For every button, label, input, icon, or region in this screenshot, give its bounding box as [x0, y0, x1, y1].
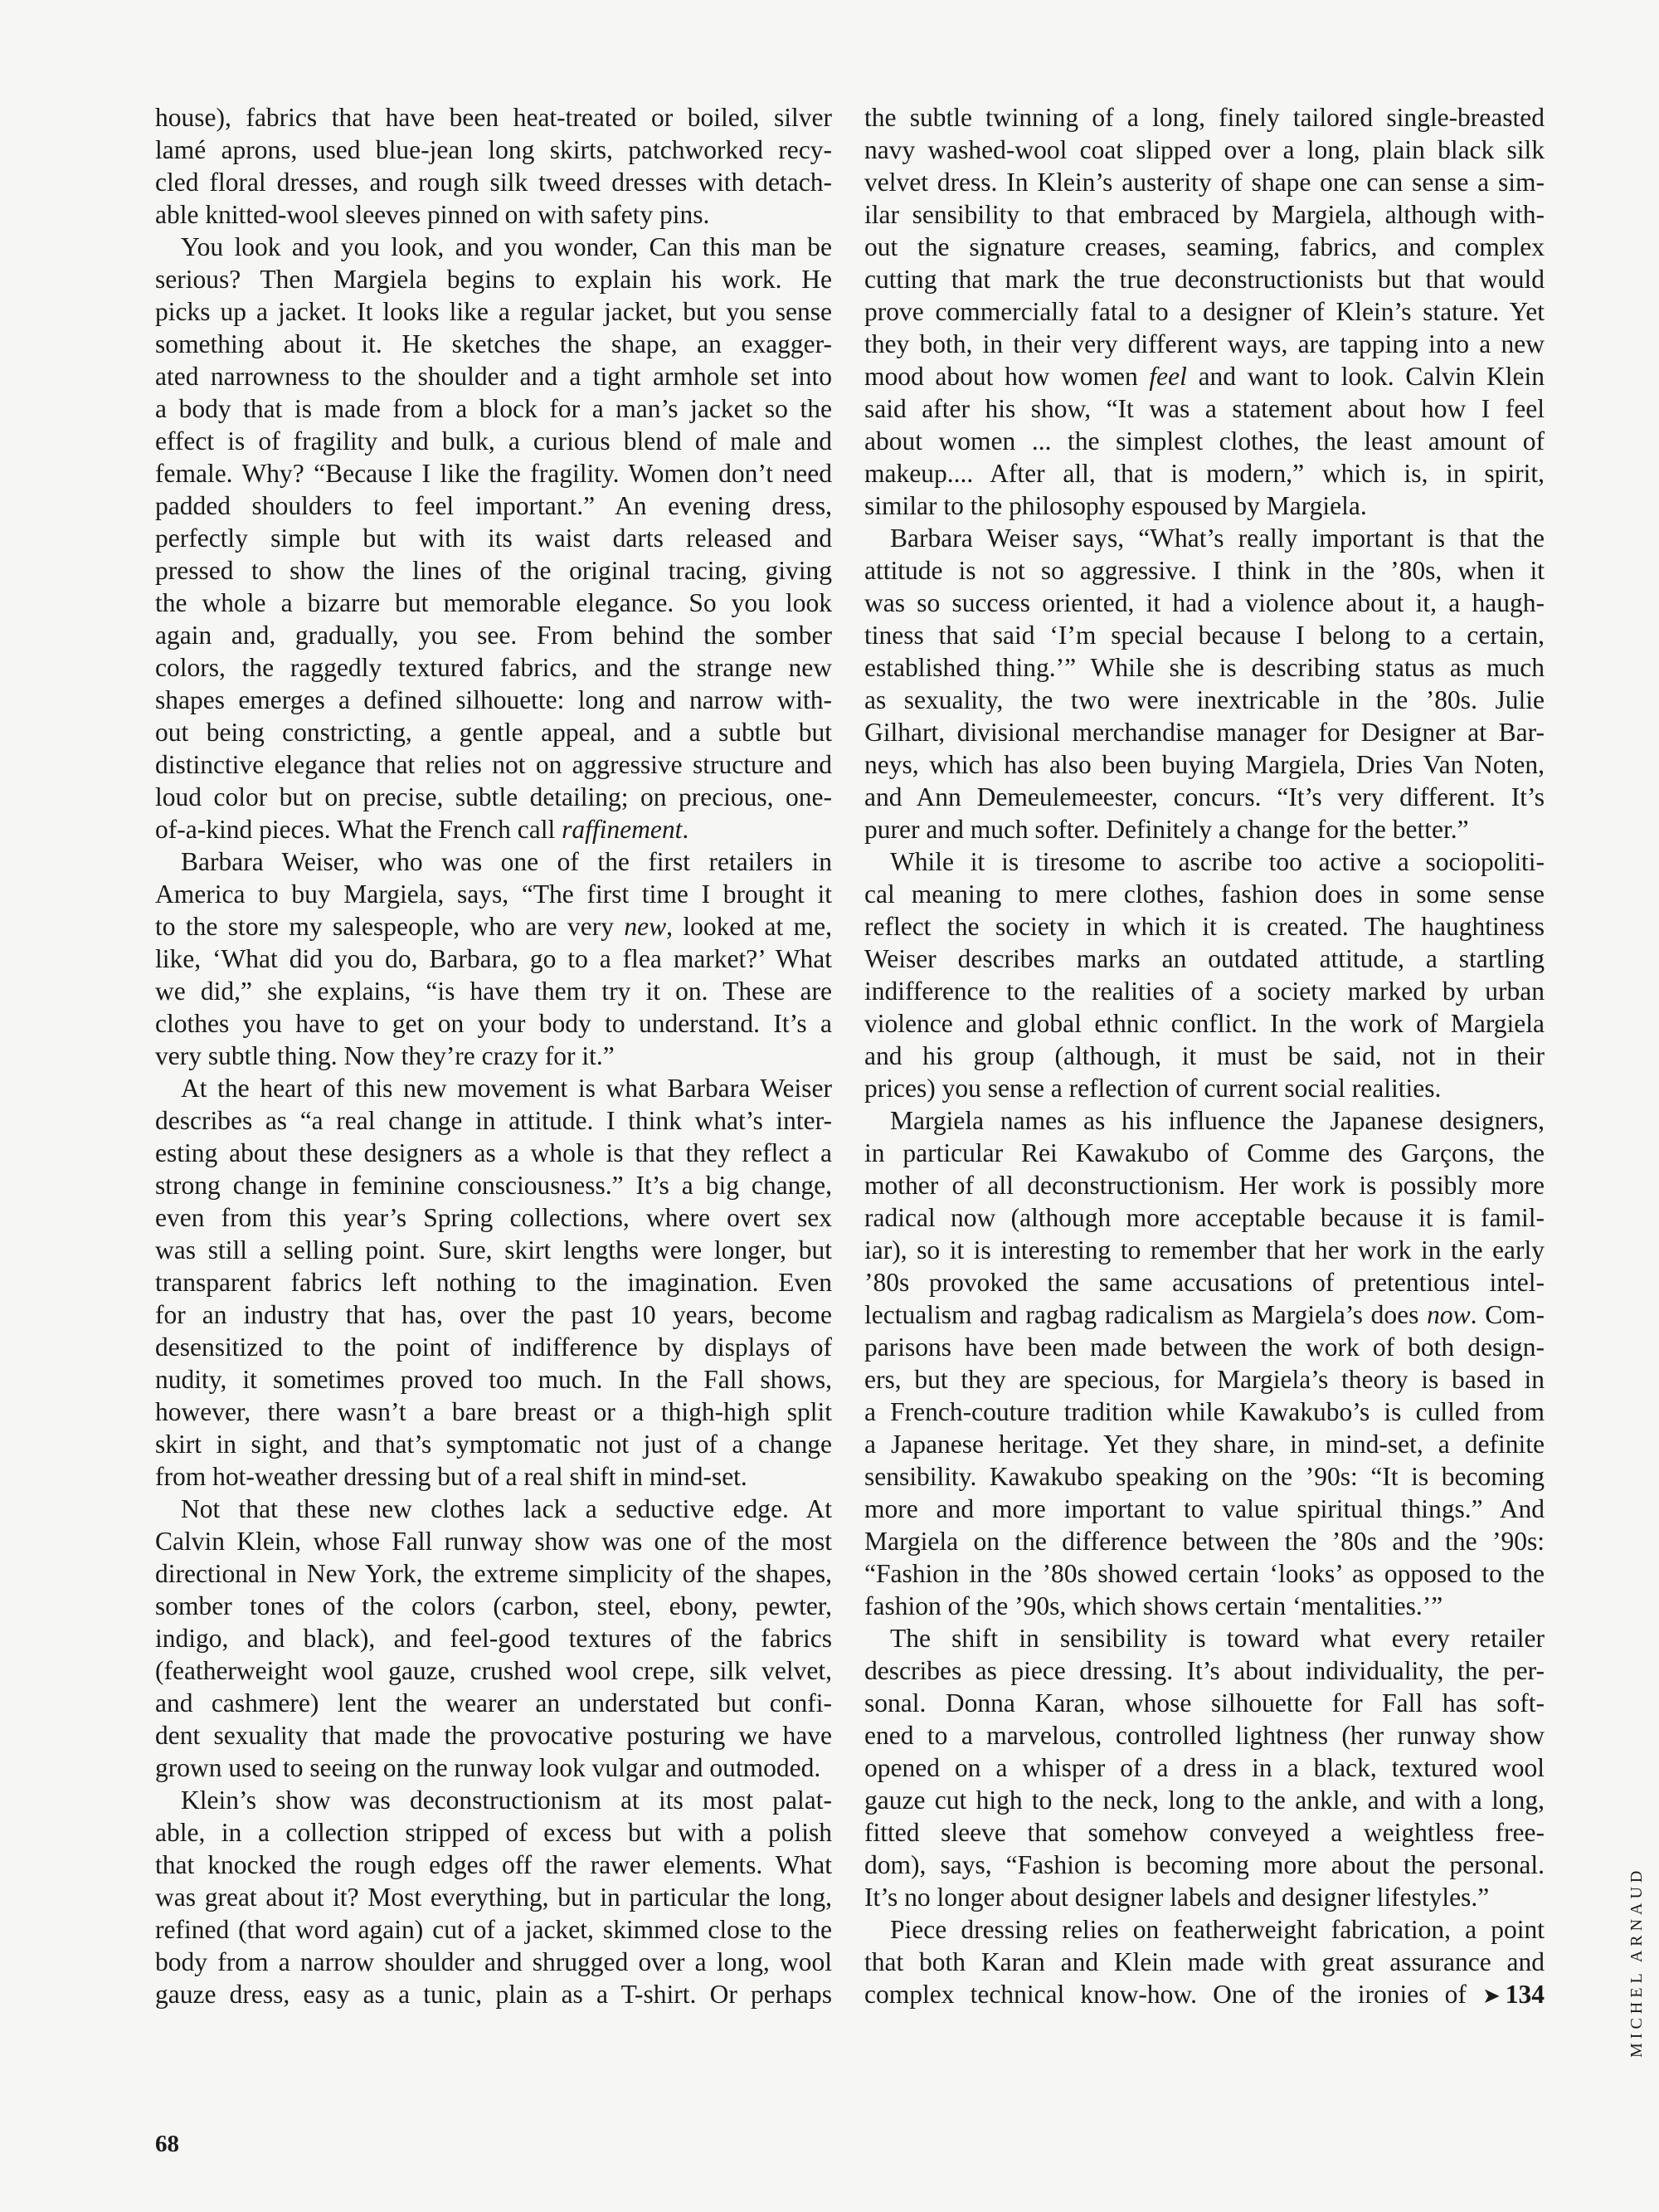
text-line: was still a selling point. Sure, skirt l…	[155, 1234, 832, 1266]
line-text: Margiela on the difference between the ’…	[864, 1527, 1545, 1556]
text-line: even from this year’s Spring collections…	[155, 1201, 832, 1234]
line-text: picks up a jacket. It looks like a regul…	[155, 297, 832, 326]
text-line: desensitized to the point of indifferenc…	[155, 1331, 832, 1363]
line-text: mood about how women	[864, 362, 1149, 391]
text-line: out the signature creases, seaming, fabr…	[864, 231, 1545, 263]
text-line: established thing.’” While she is descri…	[864, 651, 1545, 684]
line-text: (featherweight wool gauze, crushed wool …	[155, 1656, 832, 1685]
paragraph-first-line: Piece dressing relies on featherweight f…	[864, 1913, 1545, 1946]
text-line: the whole a bizarre but memorable elegan…	[155, 587, 832, 619]
line-text: directional in New York, the extreme sim…	[155, 1559, 832, 1588]
line-text: loud color but on precise, subtle detail…	[155, 782, 832, 811]
text-line: refined (that word again) cut of a jacke…	[155, 1913, 832, 1946]
line-text: shapes emerges a defined silhouette: lon…	[155, 685, 832, 714]
text-line: indigo, and black), and feel-good textur…	[155, 1622, 832, 1654]
text-line: iar), so it is interesting to remember t…	[864, 1234, 1545, 1266]
text-line: parisons have been made between the work…	[864, 1331, 1545, 1363]
paragraph-first-line: Barbara Weiser says, “What’s really impo…	[864, 522, 1545, 554]
line-text: a Japanese heritage. Yet they share, in …	[864, 1430, 1545, 1459]
line-text: like, ‘What did you do, Barbara, go to a…	[155, 944, 832, 973]
line-text: and his group (although, it must be said…	[864, 1041, 1545, 1070]
line-text: purer and much softer. Definitely a chan…	[864, 815, 1469, 844]
text-line: able, in a collection stripped of excess…	[155, 1816, 832, 1849]
line-text: fashion of the ’90s, which shows certain…	[864, 1591, 1443, 1620]
text-line: a French-couture tradition while Kawakub…	[864, 1396, 1545, 1428]
text-line: a Japanese heritage. Yet they share, in …	[864, 1428, 1545, 1460]
line-text: dom), says, “Fashion is becoming more ab…	[864, 1850, 1545, 1879]
line-text: Weiser describes marks an outdated attit…	[864, 944, 1545, 973]
text-line: something about it. He sketches the shap…	[155, 328, 832, 360]
line-text-tail: . Com-	[1471, 1300, 1545, 1329]
text-line: however, there wasn’t a bare breast or a…	[155, 1396, 832, 1428]
line-text: ers, but they are specious, for Margiela…	[864, 1365, 1545, 1394]
text-line: lectualism and ragbag radicalism as Marg…	[864, 1298, 1545, 1331]
text-line: and his group (although, it must be said…	[864, 1040, 1545, 1072]
line-text: that knocked the rough edges off the raw…	[155, 1850, 832, 1879]
paragraph-first-line: Barbara Weiser, who was one of the first…	[155, 845, 832, 878]
line-text: Margiela names as his influence the Japa…	[890, 1106, 1545, 1135]
line-text: as sexuality, the two were inextricable …	[864, 685, 1545, 714]
text-line: Calvin Klein, whose Fall runway show was…	[155, 1525, 832, 1557]
text-line: similar to the philosophy espoused by Ma…	[864, 490, 1545, 522]
line-text: desensitized to the point of indifferenc…	[155, 1333, 832, 1362]
line-text: opened on a whisper of a dress in a blac…	[864, 1753, 1545, 1782]
line-text: Gilhart, divisional merchandise manager …	[864, 718, 1545, 747]
line-text: we did,” she explains, “is have them try…	[155, 977, 832, 1006]
text-line: America to buy Margiela, says, “The firs…	[155, 878, 832, 910]
line-text: ’80s provoked the same accusations of pr…	[864, 1268, 1545, 1297]
text-line: padded shoulders to feel important.” An …	[155, 490, 832, 522]
line-text: and Ann Demeulemeester, concurs. “It’s v…	[864, 782, 1545, 811]
line-text: from hot-weather dressing but of a real …	[155, 1462, 747, 1491]
line-text: for an industry that has, over the past …	[155, 1300, 832, 1329]
line-text-tail: , looked at me,	[666, 912, 832, 941]
line-text: out being constricting, a gentle appeal,…	[155, 718, 832, 747]
line-text: describes as “a real change in attitude.…	[155, 1106, 832, 1135]
line-text: The shift in sensibility is toward what …	[890, 1624, 1545, 1653]
text-line: cutting that mark the true deconstructio…	[864, 263, 1545, 295]
line-text: pressed to show the lines of the origina…	[155, 556, 832, 585]
line-text: again and, gradually, you see. From behi…	[155, 621, 832, 650]
text-line: esting about these designers as a whole …	[155, 1137, 832, 1169]
line-text: esting about these designers as a whole …	[155, 1138, 832, 1167]
text-line: that knocked the rough edges off the raw…	[155, 1849, 832, 1881]
text-line: mother of all deconstructionism. Her wor…	[864, 1169, 1545, 1201]
line-text: house), fabrics that have been heat-trea…	[155, 103, 832, 132]
line-text: attitude is not so aggressive. I think i…	[864, 556, 1545, 585]
line-text: ened to a marvelous, controlled lightnes…	[864, 1721, 1545, 1750]
text-line: like, ‘What did you do, Barbara, go to a…	[155, 943, 832, 975]
line-text: even from this year’s Spring collections…	[155, 1203, 832, 1232]
text-line: more and more important to value spiritu…	[864, 1493, 1545, 1525]
text-line: (featherweight wool gauze, crushed wool …	[155, 1654, 832, 1687]
text-line: about women ... the simplest clothes, th…	[864, 425, 1545, 457]
line-text: tiness that said ‘I’m special because I …	[864, 621, 1545, 650]
line-text: perfectly simple but with its waist dart…	[155, 524, 832, 553]
line-text: America to buy Margiela, says, “The firs…	[155, 879, 832, 909]
text-line: distinctive elegance that relies not on …	[155, 748, 832, 781]
article-column-right: the subtle twinning of a long, finely ta…	[864, 101, 1545, 2010]
line-text: velvet dress. In Klein’s austerity of sh…	[864, 168, 1545, 197]
continuation-arrow-icon: ➤	[1482, 1984, 1501, 2008]
line-text: they both, in their very different ways,…	[864, 329, 1545, 358]
photo-credit: MICHEL ARNAUD	[1627, 1867, 1647, 2058]
paragraph-first-line: At the heart of this new movement is wha…	[155, 1072, 832, 1104]
text-line: female. Why? “Because I like the fragili…	[155, 457, 832, 490]
text-line: shapes emerges a defined silhouette: lon…	[155, 684, 832, 716]
line-text: cutting that mark the true deconstructio…	[864, 265, 1545, 294]
line-text: lectualism and ragbag radicalism as Marg…	[864, 1300, 1427, 1329]
line-text: was great about it? Most everything, but…	[155, 1883, 832, 1912]
line-text: indigo, and black), and feel-good textur…	[155, 1624, 832, 1653]
text-line: opened on a whisper of a dress in a blac…	[864, 1752, 1545, 1784]
text-line: “Fashion in the ’80s showed certain ‘loo…	[864, 1557, 1545, 1590]
text-line: out being constricting, a gentle appeal,…	[155, 716, 832, 748]
paragraph-first-line: Margiela names as his influence the Japa…	[864, 1104, 1545, 1137]
text-line: ened to a marvelous, controlled lightnes…	[864, 1719, 1545, 1752]
italic-emphasis: feel	[1149, 362, 1186, 391]
text-line: velvet dress. In Klein’s austerity of sh…	[864, 166, 1545, 198]
line-text: nudity, it sometimes proved too much. In…	[155, 1365, 832, 1394]
text-line: dent sexuality that made the provocative…	[155, 1719, 832, 1752]
article-column-left: house), fabrics that have been heat-trea…	[155, 101, 832, 2010]
text-line: dom), says, “Fashion is becoming more ab…	[864, 1849, 1545, 1881]
line-text: able knitted-wool sleeves pinned on with…	[155, 200, 709, 229]
text-line: transparent fabrics left nothing to the …	[155, 1266, 832, 1298]
line-text: grown used to seeing on the runway look …	[155, 1753, 820, 1782]
text-line: said after his show, “It was a statement…	[864, 392, 1545, 425]
text-line: prices) you sense a reflection of curren…	[864, 1072, 1545, 1104]
line-text: gauze dress, easy as a tunic, plain as a…	[155, 1980, 832, 2009]
text-line: sensibility. Kawakubo speaking on the ’9…	[864, 1460, 1545, 1493]
text-line: lamé aprons, used blue-jean long skirts,…	[155, 134, 832, 166]
text-line: somber tones of the colors (carbon, stee…	[155, 1590, 832, 1622]
text-line: directional in New York, the extreme sim…	[155, 1557, 832, 1590]
line-text: similar to the philosophy espoused by Ma…	[864, 491, 1367, 520]
text-line: complex technical know-how. One of the i…	[864, 1978, 1545, 2010]
text-line: ilar sensibility to that embraced by Mar…	[864, 198, 1545, 231]
text-line: prove commercially fatal to a designer o…	[864, 295, 1545, 328]
text-line: clothes you have to get on your body to …	[155, 1007, 832, 1040]
line-text-tail: and want to look. Calvin Klein	[1187, 362, 1545, 391]
text-line: strong change in feminine consciousness.…	[155, 1169, 832, 1201]
italic-emphasis: now	[1427, 1300, 1471, 1329]
text-line: cled floral dresses, and rough silk twee…	[155, 166, 832, 198]
line-text-tail: .	[682, 815, 688, 844]
line-text: however, there wasn’t a bare breast or a…	[155, 1397, 832, 1426]
text-line: loud color but on precise, subtle detail…	[155, 781, 832, 813]
text-line: ’80s provoked the same accusations of pr…	[864, 1266, 1545, 1298]
italic-emphasis: raffinement	[562, 815, 682, 844]
text-line: Gilhart, divisional merchandise manager …	[864, 716, 1545, 748]
text-line: we did,” she explains, “is have them try…	[155, 975, 832, 1007]
line-text: violence and global ethnic conflict. In …	[864, 1009, 1545, 1038]
text-line: perfectly simple but with its waist dart…	[155, 522, 832, 554]
text-line: grown used to seeing on the runway look …	[155, 1752, 832, 1784]
line-text: neys, which has also been buying Margiel…	[864, 750, 1545, 779]
line-text: effect is of fragility and bulk, a curio…	[155, 426, 832, 456]
line-text: mother of all deconstructionism. Her wor…	[864, 1171, 1545, 1200]
text-line: fashion of the ’90s, which shows certain…	[864, 1590, 1545, 1622]
line-text: Barbara Weiser, who was one of the first…	[181, 847, 832, 876]
line-text: distinctive elegance that relies not on …	[155, 750, 832, 779]
text-line: able knitted-wool sleeves pinned on with…	[155, 198, 832, 231]
paragraph-first-line: The shift in sensibility is toward what …	[864, 1622, 1545, 1654]
continuation-page-number: 134	[1506, 1980, 1545, 2009]
text-line: neys, which has also been buying Margiel…	[864, 748, 1545, 781]
line-text: to the store my salespeople, who are ver…	[155, 912, 624, 941]
text-line: purer and much softer. Definitely a chan…	[864, 813, 1545, 845]
text-line: fitted sleeve that somehow conveyed a we…	[864, 1816, 1545, 1849]
line-text: dent sexuality that made the provocative…	[155, 1721, 832, 1750]
text-line: pressed to show the lines of the origina…	[155, 554, 832, 587]
line-text: strong change in feminine consciousness.…	[155, 1171, 832, 1200]
text-line: gauze dress, easy as a tunic, plain as a…	[155, 1978, 832, 2010]
paragraph-first-line: Not that these new clothes lack a seduct…	[155, 1493, 832, 1525]
line-text: more and more important to value spiritu…	[864, 1494, 1545, 1523]
line-text: something about it. He sketches the shap…	[155, 329, 832, 358]
line-text: fitted sleeve that somehow conveyed a we…	[864, 1818, 1545, 1847]
line-text: established thing.’” While she is descri…	[864, 653, 1545, 682]
text-line: a body that is made from a block for a m…	[155, 392, 832, 425]
line-text: colors, the raggedly textured fabrics, a…	[155, 653, 832, 682]
text-line: body from a narrow shoulder and shrugged…	[155, 1946, 832, 1978]
line-text: able, in a collection stripped of excess…	[155, 1818, 832, 1847]
line-text: female. Why? “Because I like the fragili…	[155, 459, 832, 488]
line-text: parisons have been made between the work…	[864, 1333, 1545, 1362]
text-line: navy washed-wool coat slipped over a lon…	[864, 134, 1545, 166]
line-text: serious? Then Margiela begins to explain…	[155, 265, 832, 294]
text-line: attitude is not so aggressive. I think i…	[864, 554, 1545, 587]
text-line: indifference to the realities of a socie…	[864, 975, 1545, 1007]
line-text: out the signature creases, seaming, fabr…	[864, 232, 1545, 261]
text-line: was so success oriented, it had a violen…	[864, 587, 1545, 619]
line-text: very subtle thing. Now they’re crazy for…	[155, 1041, 615, 1070]
text-line: Weiser describes marks an outdated attit…	[864, 943, 1545, 975]
page-number: 68	[155, 2131, 179, 2158]
line-text: a body that is made from a block for a m…	[155, 394, 832, 423]
line-text: and cashmere) lent the wearer an underst…	[155, 1688, 832, 1717]
text-line: describes as “a real change in attitude.…	[155, 1104, 832, 1137]
line-text: prices) you sense a reflection of curren…	[864, 1074, 1441, 1103]
line-text: gauze cut high to the neck, long to the …	[864, 1786, 1545, 1815]
paragraph-first-line: While it is tiresome to ascribe too acti…	[864, 845, 1545, 878]
text-line: ated narrowness to the shoulder and a ti…	[155, 360, 832, 392]
continued-on-page: ➤134	[1467, 1980, 1545, 2009]
text-line: Margiela on the difference between the ’…	[864, 1525, 1545, 1557]
text-line: gauze cut high to the neck, long to the …	[864, 1784, 1545, 1816]
text-line: effect is of fragility and bulk, a curio…	[155, 425, 832, 457]
line-text: Barbara Weiser says, “What’s really impo…	[890, 524, 1545, 553]
line-text: refined (that word again) cut of a jacke…	[155, 1915, 832, 1944]
line-text: the whole a bizarre but memorable elegan…	[155, 588, 832, 617]
text-line: It’s no longer about designer labels and…	[864, 1881, 1545, 1913]
line-text: somber tones of the colors (carbon, stee…	[155, 1591, 832, 1620]
line-text: cled floral dresses, and rough silk twee…	[155, 168, 832, 197]
text-line: and cashmere) lent the wearer an underst…	[155, 1687, 832, 1719]
text-line: radical now (although more acceptable be…	[864, 1201, 1545, 1234]
line-text: reflect the society in which it is creat…	[864, 912, 1545, 941]
line-text: about women ... the simplest clothes, th…	[864, 426, 1545, 456]
line-text: cal meaning to mere clothes, fashion doe…	[864, 879, 1545, 909]
text-line: sonal. Donna Karan, whose silhouette for…	[864, 1687, 1545, 1719]
line-text: Piece dressing relies on featherweight f…	[890, 1915, 1545, 1944]
line-text: ilar sensibility to that embraced by Mar…	[864, 200, 1545, 229]
text-line: that both Karan and Klein made with grea…	[864, 1946, 1545, 1978]
line-text: of-a-kind pieces. What the French call	[155, 815, 562, 844]
line-text: complex technical know-how. One of the i…	[864, 1980, 1467, 2009]
line-text: It’s no longer about designer labels and…	[864, 1883, 1489, 1912]
text-line: was great about it? Most everything, but…	[155, 1881, 832, 1913]
text-line: picks up a jacket. It looks like a regul…	[155, 295, 832, 328]
paragraph-first-line: You look and you look, and you wonder, C…	[155, 231, 832, 263]
line-text: “Fashion in the ’80s showed certain ‘loo…	[864, 1559, 1545, 1588]
line-text: was still a selling point. Sure, skirt l…	[155, 1235, 832, 1264]
line-text: navy washed-wool coat slipped over a lon…	[864, 135, 1545, 164]
line-text: said after his show, “It was a statement…	[864, 394, 1545, 423]
text-line: describes as piece dressing. It’s about …	[864, 1654, 1545, 1687]
text-line: of-a-kind pieces. What the French call r…	[155, 813, 832, 845]
text-line: for an industry that has, over the past …	[155, 1298, 832, 1331]
text-line: the subtle twinning of a long, finely ta…	[864, 101, 1545, 134]
text-line: to the store my salespeople, who are ver…	[155, 910, 832, 943]
line-text: ated narrowness to the shoulder and a ti…	[155, 362, 832, 391]
line-text: clothes you have to get on your body to …	[155, 1009, 832, 1038]
line-text: You look and you look, and you wonder, C…	[181, 232, 832, 261]
line-text: Calvin Klein, whose Fall runway show was…	[155, 1527, 832, 1556]
italic-emphasis: new	[624, 912, 666, 941]
text-line: house), fabrics that have been heat-trea…	[155, 101, 832, 134]
text-line: makeup.... After all, that is modern,” w…	[864, 457, 1545, 490]
text-line: violence and global ethnic conflict. In …	[864, 1007, 1545, 1040]
line-text: sonal. Donna Karan, whose silhouette for…	[864, 1688, 1545, 1717]
line-text: prove commercially fatal to a designer o…	[864, 297, 1545, 326]
text-line: mood about how women feel and want to lo…	[864, 360, 1545, 392]
text-line: serious? Then Margiela begins to explain…	[155, 263, 832, 295]
text-line: again and, gradually, you see. From behi…	[155, 619, 832, 651]
line-text: makeup.... After all, that is modern,” w…	[864, 459, 1545, 488]
line-text: transparent fabrics left nothing to the …	[155, 1268, 832, 1297]
line-text: At the heart of this new movement is wha…	[181, 1074, 832, 1103]
line-text: body from a narrow shoulder and shrugged…	[155, 1947, 832, 1976]
text-line: and Ann Demeulemeester, concurs. “It’s v…	[864, 781, 1545, 813]
text-line: skirt in sight, and that’s symptomatic n…	[155, 1428, 832, 1460]
line-text: While it is tiresome to ascribe too acti…	[890, 847, 1545, 876]
text-line: they both, in their very different ways,…	[864, 328, 1545, 360]
line-text: was so success oriented, it had a violen…	[864, 588, 1545, 617]
paragraph-first-line: Klein’s show was deconstructionism at it…	[155, 1784, 832, 1816]
line-text: lamé aprons, used blue-jean long skirts,…	[155, 135, 832, 164]
line-text: describes as piece dressing. It’s about …	[864, 1656, 1545, 1685]
line-text: that both Karan and Klein made with grea…	[864, 1947, 1545, 1976]
text-line: colors, the raggedly textured fabrics, a…	[155, 651, 832, 684]
line-text: skirt in sight, and that’s symptomatic n…	[155, 1430, 832, 1459]
line-text: the subtle twinning of a long, finely ta…	[864, 103, 1545, 132]
line-text: iar), so it is interesting to remember t…	[864, 1235, 1545, 1264]
text-line: ers, but they are specious, for Margiela…	[864, 1363, 1545, 1396]
line-text: Not that these new clothes lack a seduct…	[181, 1494, 832, 1523]
line-text: padded shoulders to feel important.” An …	[155, 491, 832, 520]
line-text: radical now (although more acceptable be…	[864, 1203, 1545, 1232]
text-line: in particular Rei Kawakubo of Comme des …	[864, 1137, 1545, 1169]
line-text: a French-couture tradition while Kawakub…	[864, 1397, 1545, 1426]
line-text: in particular Rei Kawakubo of Comme des …	[864, 1138, 1545, 1167]
text-line: cal meaning to mere clothes, fashion doe…	[864, 878, 1545, 910]
text-line: nudity, it sometimes proved too much. In…	[155, 1363, 832, 1396]
text-line: from hot-weather dressing but of a real …	[155, 1460, 832, 1493]
line-text: indifference to the realities of a socie…	[864, 977, 1545, 1006]
text-line: reflect the society in which it is creat…	[864, 910, 1545, 943]
line-text: sensibility. Kawakubo speaking on the ’9…	[864, 1462, 1545, 1491]
text-line: tiness that said ‘I’m special because I …	[864, 619, 1545, 651]
text-line: as sexuality, the two were inextricable …	[864, 684, 1545, 716]
text-line: very subtle thing. Now they’re crazy for…	[155, 1040, 832, 1072]
line-text: Klein’s show was deconstructionism at it…	[181, 1786, 832, 1815]
